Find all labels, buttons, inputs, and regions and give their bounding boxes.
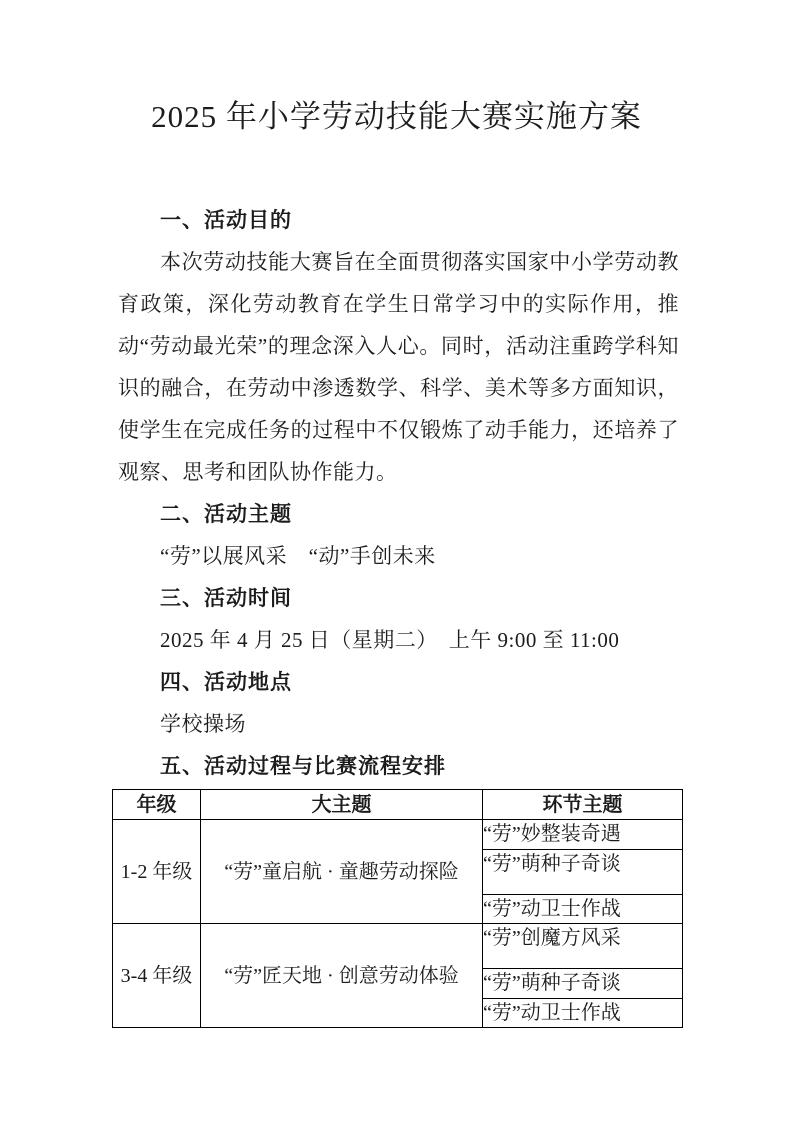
- document-page: 2025 年小学劳动技能大赛实施方案 一、活动目的 本次劳动技能大赛旨在全面贯彻…: [0, 0, 793, 1122]
- schedule-table: 年级 大主题 环节主题 1-2 年级 “劳”童启航 · 童趣劳动探险 “劳”妙整…: [112, 789, 683, 1028]
- table-header-row: 年级 大主题 环节主题: [113, 790, 683, 820]
- section-heading-process-arrangement: 五、活动过程与比赛流程安排: [118, 745, 679, 787]
- grade-cell-1-2: 1-2 年级: [113, 820, 201, 924]
- stage-cell: “劳”动卫士作战: [483, 895, 683, 924]
- table-row: 1-2 年级 “劳”童启航 · 童趣劳动探险 “劳”妙整装奇遇: [113, 820, 683, 850]
- table-header-theme: 大主题: [201, 790, 483, 820]
- section-heading-activity-time: 三、活动时间: [118, 577, 679, 619]
- section-body-activity-theme: “劳”以展风采 “动”手创未来: [118, 535, 679, 577]
- section-body-activity-purpose: 本次劳动技能大赛旨在全面贯彻落实国家中小学劳动教育政策，深化劳动教育在学生日常学…: [118, 241, 679, 493]
- grade-cell-3-4: 3-4 年级: [113, 924, 201, 1028]
- stage-cell: “劳”萌种子奇谈: [483, 969, 683, 999]
- section-body-activity-time: 2025 年 4 月 25 日（星期二） 上午 9:00 至 11:00: [118, 619, 679, 661]
- document-title: 2025 年小学劳动技能大赛实施方案: [0, 0, 793, 139]
- stage-cell: “劳”萌种子奇谈: [483, 850, 683, 895]
- theme-cell-1-2: “劳”童启航 · 童趣劳动探险: [201, 820, 483, 924]
- table-row: 3-4 年级 “劳”匠天地 · 创意劳动体验 “劳”创魔方风采: [113, 924, 683, 969]
- table-header-grade: 年级: [113, 790, 201, 820]
- table-header-stage: 环节主题: [483, 790, 683, 820]
- stage-cell: “劳”动卫士作战: [483, 999, 683, 1028]
- theme-cell-3-4: “劳”匠天地 · 创意劳动体验: [201, 924, 483, 1028]
- stage-cell: “劳”创魔方风采: [483, 924, 683, 969]
- section-body-activity-location: 学校操场: [118, 703, 679, 745]
- section-heading-activity-location: 四、活动地点: [118, 661, 679, 703]
- section-heading-activity-theme: 二、活动主题: [118, 493, 679, 535]
- document-body: 一、活动目的 本次劳动技能大赛旨在全面贯彻落实国家中小学劳动教育政策，深化劳动教…: [118, 199, 679, 1028]
- stage-cell: “劳”妙整装奇遇: [483, 820, 683, 850]
- section-heading-activity-purpose: 一、活动目的: [118, 199, 679, 241]
